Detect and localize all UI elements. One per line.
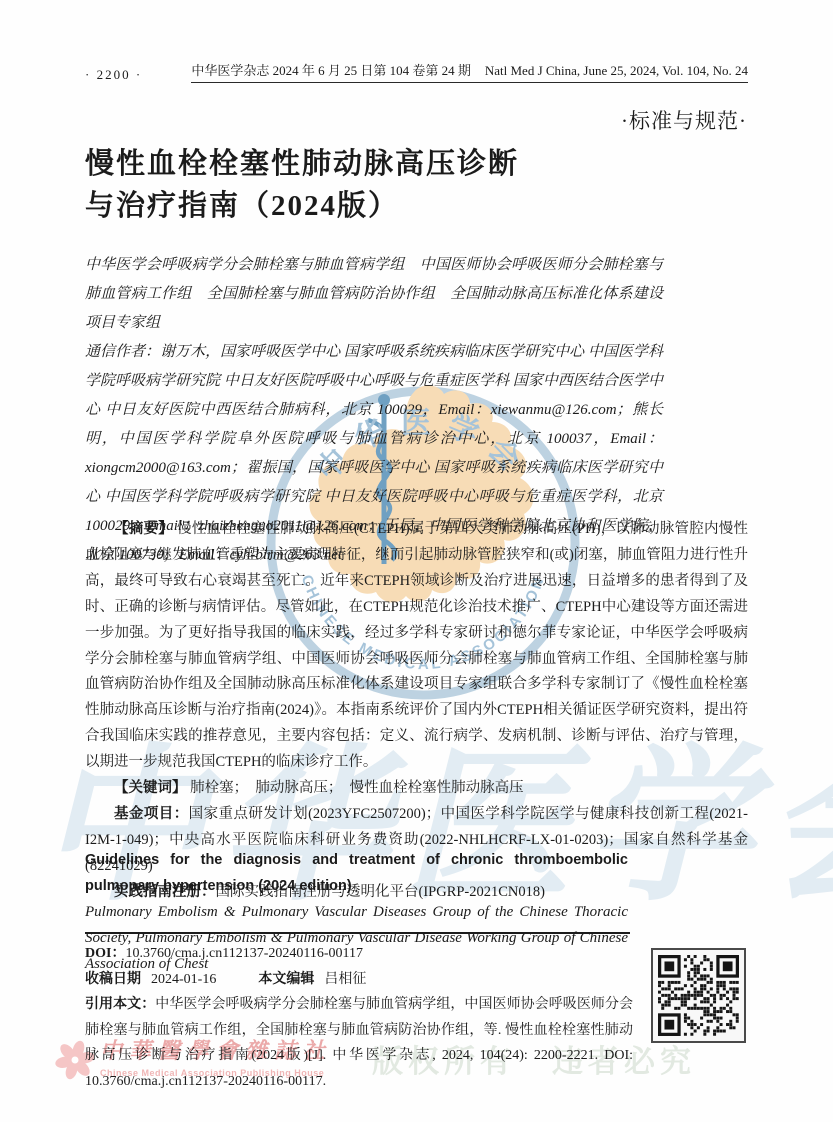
- article-title-line1: 慢性血栓栓塞性肺动脉高压诊断: [85, 148, 519, 180]
- journal-title-cn: 中华医学杂志 2024 年 6 月 25 日第 104 卷第 24 期: [191, 63, 471, 78]
- abstract-label: 【摘要】: [114, 521, 173, 537]
- citation-text: 中华医学会呼吸病学分会肺栓塞与肺血管病学组，中国医师协会呼吸医师分会肺栓塞与肺血…: [85, 997, 633, 1089]
- doi-line: DOI：10.3760/cma.j.cn112137-20240116-0011…: [85, 941, 633, 967]
- running-head: · 2200 · 中华医学杂志 2024 年 6 月 25 日第 104 卷第 …: [85, 60, 748, 83]
- page-number: · 2200 ·: [85, 67, 142, 83]
- qr-code-svg: [658, 955, 739, 1036]
- keywords-text: 肺栓塞； 肺动脉高压； 慢性血栓栓塞性肺动脉高压: [190, 780, 524, 796]
- author-groups: 中华医学会呼吸病学分会肺栓塞与肺血管病学组 中国医师协会呼吸医师分会肺栓塞与肺血…: [85, 251, 663, 338]
- doi-value: 10.3760/cma.j.cn112137-20240116-00117: [125, 946, 363, 961]
- journal-title-en: Natl Med J China, June 25, 2024, Vol. 10…: [485, 63, 748, 78]
- journal-header-line: 中华医学杂志 2024 年 6 月 25 日第 104 卷第 24 期Natl …: [191, 60, 748, 83]
- received-line: 收稿日期2024-01-16本文编辑吕相征: [85, 967, 633, 993]
- received-date: 2024-01-16: [151, 972, 216, 987]
- editor-label: 本文编辑: [258, 972, 314, 987]
- received-label: 收稿日期: [85, 972, 141, 987]
- footnote-rule: [85, 932, 630, 934]
- article-title-line2: 与治疗指南（2024版）: [85, 190, 399, 222]
- article-title: 慢性血栓栓塞性肺动脉高压诊断与治疗指南（2024版）: [85, 143, 519, 227]
- abstract-paragraph: 【摘要】 慢性血栓栓塞性肺动脉高压(CTEPH)属于第四大类肺动脉高压(PH)，…: [85, 517, 748, 776]
- citation-paragraph: 引用本文：中华医学会呼吸病学分会肺栓塞与肺血管病学组，中国医师协会呼吸医师分会肺…: [85, 992, 633, 1094]
- keywords-paragraph: 【关键词】 肺栓塞； 肺动脉高压； 慢性血栓栓塞性肺动脉高压: [85, 776, 748, 802]
- citation-label: 引用本文：: [85, 997, 155, 1012]
- keywords-label: 【关键词】: [114, 780, 187, 796]
- english-title: Guidelines for the diagnosis and treatme…: [85, 847, 628, 899]
- section-label: ·标准与规范·: [621, 105, 747, 135]
- abstract-text: 慢性血栓栓塞性肺动脉高压(CTEPH)属于第四大类肺动脉高压(PH)，以肺动脉管…: [85, 521, 748, 770]
- journal-page: 中华医学会 CHINESE MEDICAL ASSOCIATION 中华医学会 …: [0, 0, 833, 1122]
- qr-code: [651, 948, 746, 1043]
- funding-label: 基金项目：: [114, 806, 189, 822]
- meta-block: DOI：10.3760/cma.j.cn112137-20240116-0011…: [85, 941, 633, 1094]
- editor-name: 吕相征: [324, 972, 366, 987]
- doi-label: DOI：: [85, 946, 125, 961]
